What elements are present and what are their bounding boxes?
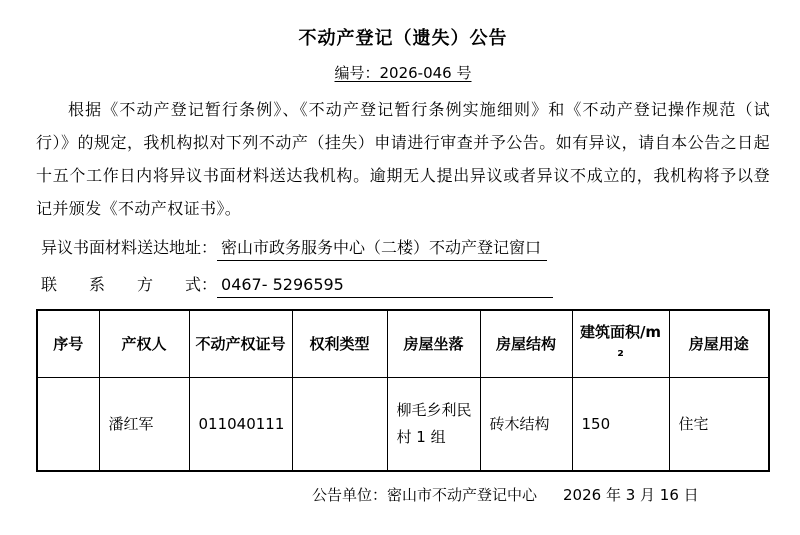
- contact-label: 联 系 方 式：: [41, 271, 217, 299]
- property-table: 序号 产权人 不动产权证号 权利类型 房屋坐落 房屋结构 建筑面积/m² 房屋用…: [36, 309, 770, 472]
- issuer: 公告单位：密山市不动产登记中心: [312, 485, 537, 505]
- cell-location: 柳毛乡利民村 1 组: [387, 378, 480, 472]
- col-header-right-type: 权利类型: [292, 310, 387, 378]
- announcement-document: 不动产登记（遗失）公告 编号：2026-046 号 根据《不动产登记暂行条例》、…: [0, 0, 800, 535]
- cell-serial: [37, 378, 99, 472]
- contact-line: 联 系 方 式：0467- 5296595: [36, 271, 770, 299]
- document-number-line: 编号：2026-046 号: [36, 64, 770, 82]
- col-header-serial: 序号: [37, 310, 99, 378]
- delivery-address-value: 密山市政务服务中心（二楼）不动产登记窗口: [217, 237, 547, 261]
- cell-usage: 住宅: [669, 378, 769, 472]
- table-header-row: 序号 产权人 不动产权证号 权利类型 房屋坐落 房屋结构 建筑面积/m² 房屋用…: [37, 310, 769, 378]
- footer-line: 公告单位：密山市不动产登记中心 2026 年 3 月 16 日: [312, 485, 770, 505]
- delivery-address-line: 异议书面材料送达地址：密山市政务服务中心（二楼）不动产登记窗口: [36, 234, 770, 262]
- col-header-structure: 房屋结构: [480, 310, 572, 378]
- col-header-owner: 产权人: [99, 310, 189, 378]
- cell-owner: 潘红军: [99, 378, 189, 472]
- cell-structure: 砖木结构: [480, 378, 572, 472]
- delivery-address-label: 异议书面材料送达地址：: [41, 234, 217, 262]
- col-header-area: 建筑面积/m²: [572, 310, 669, 378]
- document-number: 编号：2026-046 号: [335, 64, 472, 82]
- cell-cert-no: 011040111: [189, 378, 292, 472]
- col-header-location: 房屋坐落: [387, 310, 480, 378]
- col-header-cert-no: 不动产权证号: [189, 310, 292, 378]
- contact-value: 0467- 5296595: [217, 274, 553, 298]
- col-header-usage: 房屋用途: [669, 310, 769, 378]
- cell-right-type: [292, 378, 387, 472]
- document-title: 不动产登记（遗失）公告: [36, 28, 770, 50]
- cell-area: 150: [572, 378, 669, 472]
- announcement-date: 2026 年 3 月 16 日: [563, 485, 699, 505]
- body-paragraph: 根据《不动产登记暂行条例》、《不动产登记暂行条例实施细则》和《不动产登记操作规范…: [36, 93, 770, 225]
- table-row: 潘红军 011040111 柳毛乡利民村 1 组 砖木结构 150 住宅: [37, 378, 769, 472]
